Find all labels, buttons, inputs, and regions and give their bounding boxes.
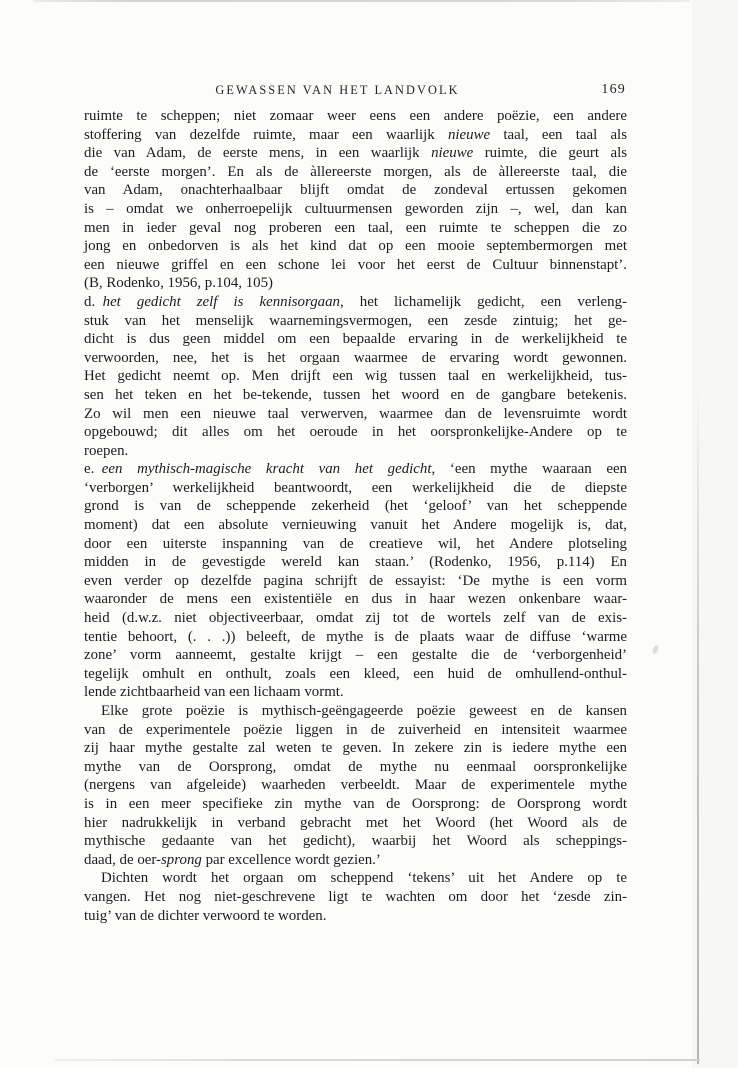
text-line: daad, de oer-sprong par excellence wordt… [84,851,627,870]
text-line: roepen. [84,442,627,461]
text-line: stuk van het menselijk waarnemingsvermog… [84,312,627,331]
text-line: moment) dat een absolute vernieuwing van… [84,516,627,535]
text-line: een nieuwe griffel en een schone lei voo… [84,256,627,275]
text-line: opgebouwd; dit alles om het oeroude in h… [84,423,627,442]
text-line: door een uiterste inspanning van de crea… [84,535,627,554]
text-block: ruimte te scheppen; niet zomaar weer een… [84,107,627,925]
text-line: is – omdat we onherroepelijk cultuurmens… [84,200,627,219]
text-line: lende zichtbaarheid van een lichaam vorm… [84,683,627,702]
text-line: d. het gedicht zelf is kennisorgaan, het… [84,293,627,312]
scan-artifact-speck [652,644,660,654]
text-line: die van Adam, de eerste mens, in een waa… [84,144,627,163]
text-line: van de experimentele poëzie liggen in de… [84,721,627,740]
text-line: tegelijk omhult en onthult, zoals een kl… [84,665,627,684]
text-line: de ‘eerste morgen’. En als de àllereerst… [84,163,627,182]
page-edge-top [33,0,690,2]
text-line: stoffering van dezelfde ruimte, maar een… [84,126,627,145]
text-line: even verder op dezelfde pagina schrijft … [84,572,627,591]
text-line: heid (d.w.z. niet objectiveerbaar, omdat… [84,609,627,628]
paragraph: Dichten wordt het orgaan om scheppend ‘t… [84,869,627,925]
text-line: Zo wil men een nieuwe taal verwerven, wa… [84,405,627,424]
running-head-title: GEWASSEN VAN HET LANDVOLK [84,83,627,98]
text-line: (nergens van afgeleide) waarheden verbee… [84,776,627,795]
text-line: Elke grote poëzie is mythisch-geëngageer… [84,702,627,721]
text-line: dicht is dus geen middel om een bepaalde… [84,330,627,349]
text-line: zij haar mythe gestalte zal weten te gev… [84,739,627,758]
text-line: sen het teken en het be-tekende, tussen … [84,386,627,405]
text-line: verwoorden, nee, het is het orgaan waarm… [84,349,627,368]
page-edge-right [697,380,699,1064]
book-page-scan: GEWASSEN VAN HET LANDVOLK 169 ruimte te … [0,0,738,1068]
text-line: van Adam, onachterhaalbaar blijft omdat … [84,181,627,200]
text-line: tentie behoort, (. . .)) beleeft, de myt… [84,628,627,647]
text-line: grond is van de scheppende zekerheid (he… [84,497,627,516]
text-line: zone’ vorm aanneemt, gestalte krijgt – e… [84,646,627,665]
text-line: mythische gedaante van het gedicht), waa… [84,832,627,851]
paragraph: d. het gedicht zelf is kennisorgaan, het… [84,293,627,460]
text-line: ‘verborgen’ werkelijkheid beantwoordt, e… [84,479,627,498]
text-line: men in ieder geval nog proberen een taal… [84,219,627,238]
text-line: mythe van de Oorsprong, omdat de mythe n… [84,758,627,777]
running-head: GEWASSEN VAN HET LANDVOLK 169 [84,83,627,99]
text-line: hier nadrukkelijk in verband gebracht me… [84,814,627,833]
text-line: Het gedicht neemt op. Men drijft een wig… [84,367,627,386]
paragraph: Elke grote poëzie is mythisch-geëngageer… [84,702,627,869]
text-line: ruimte te scheppen; niet zomaar weer een… [84,107,627,126]
text-line: e. een mythisch-magische kracht van het … [84,460,627,479]
text-line: is in een meer specifieke zin mythe van … [84,795,627,814]
paragraph: e. een mythisch-magische kracht van het … [84,460,627,702]
text-line: (B, Rodenko, 1956, p.104, 105) [84,274,627,293]
page-edge-bottom [55,1059,700,1061]
text-line: waaronder de mens een existentiële en du… [84,590,627,609]
text-line: vangen. Het nog niet-geschrevene ligt te… [84,888,627,907]
text-line: jong en onbedorven is als het kind dat o… [84,237,627,256]
page-number: 169 [601,82,626,98]
text-line: midden in de gevestigde wereld kan staan… [84,553,627,572]
text-line: Dichten wordt het orgaan om scheppend ‘t… [84,869,627,888]
paragraph: ruimte te scheppen; niet zomaar weer een… [84,107,627,293]
text-line: tuig’ van de dichter verwoord te worden. [84,907,627,926]
